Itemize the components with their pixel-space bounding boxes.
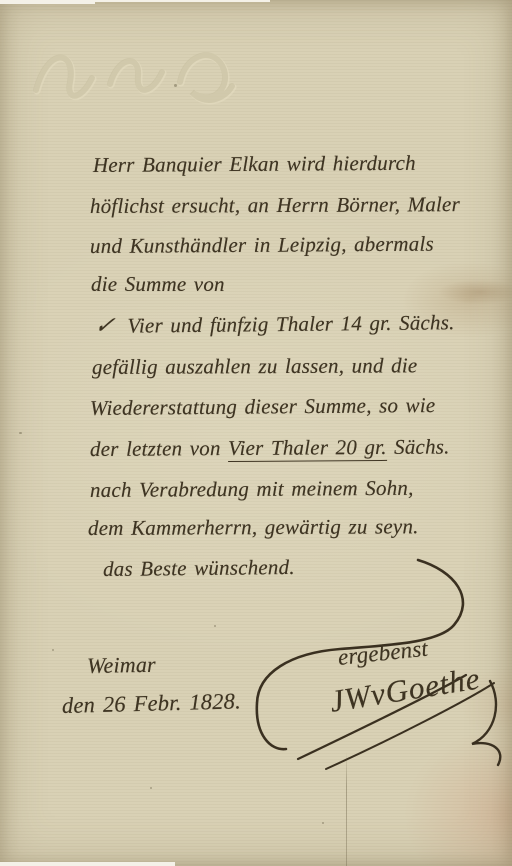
letter-line: nach Verabredung mit meinem Sohn, — [90, 476, 414, 503]
dateline-place: Weimar — [87, 652, 156, 679]
scan-edge-top-left — [0, 0, 95, 4]
ink-speck — [19, 432, 22, 434]
letter-line: gefällig auszahlen zu lassen, und die — [92, 353, 418, 380]
letter-line-text: höflichst ersucht, an Herrn Börner, Male… — [90, 192, 460, 218]
ink-speck — [174, 84, 177, 87]
letter-line: und Kunsthändler in Leipzig, abermals — [90, 232, 434, 259]
underlined-amount: Vier Thaler 20 gr. — [228, 435, 387, 462]
letter-line-text: Wiedererstattung dieser Summe, so wie — [90, 393, 436, 420]
ink-speck — [214, 625, 216, 627]
letter-line: dem Kammerherrn, gewärtig zu seyn. — [88, 514, 419, 541]
amount-line: ✓Vier und fünfzig Thaler 14 gr. Sächs. — [95, 309, 455, 339]
fold-line — [346, 752, 347, 866]
letter-line-text: dem Kammerherrn, gewärtig zu seyn. — [88, 514, 419, 540]
ink-speck — [150, 787, 152, 789]
scan-edge-bottom-left — [0, 862, 175, 866]
manuscript-page: Herr Banquier Elkan wird hierdurch höfli… — [0, 0, 512, 866]
ink-speck — [52, 649, 54, 651]
embossed-script-watermark — [18, 28, 258, 123]
amount-text: Vier und fünfzig Thaler 14 gr. Sächs. — [127, 310, 454, 337]
letter-line: der letzten von Vier Thaler 20 gr. Sächs… — [90, 434, 450, 462]
letter-line-text: gefällig auszahlen zu lassen, und die — [92, 353, 418, 379]
letter-line: Herr Banquier Elkan wird hierdurch — [93, 151, 416, 178]
letter-line-text: der letzten von — [90, 436, 228, 461]
ink-speck — [322, 822, 324, 824]
letter-line-text: nach Verabredung mit meinem Sohn, — [90, 476, 414, 502]
tick-mark: ✓ — [92, 313, 117, 339]
letter-line-text: die Summe von — [91, 272, 225, 296]
letter-line-text: Sächs. — [387, 434, 450, 458]
letter-line: höflichst ersucht, an Herrn Börner, Male… — [90, 192, 460, 219]
dateline-date: den 26 Febr. 1828. — [62, 688, 242, 719]
letter-line-text: Herr Banquier Elkan wird hierdurch — [93, 151, 416, 177]
letter-line: Wiedererstattung dieser Summe, so wie — [90, 393, 436, 421]
letter-line-text: und Kunsthändler in Leipzig, abermals — [90, 232, 434, 258]
letter-line: die Summe von — [91, 272, 225, 297]
